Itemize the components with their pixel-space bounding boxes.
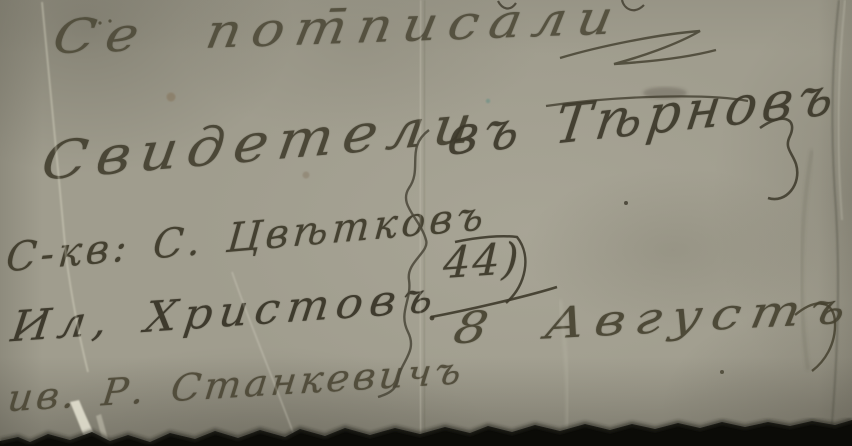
document-photo: Се пот̄писали Свидетели въ Тѣрновъ С-кв:… bbox=[0, 0, 852, 446]
number-44: 44) bbox=[442, 238, 521, 287]
